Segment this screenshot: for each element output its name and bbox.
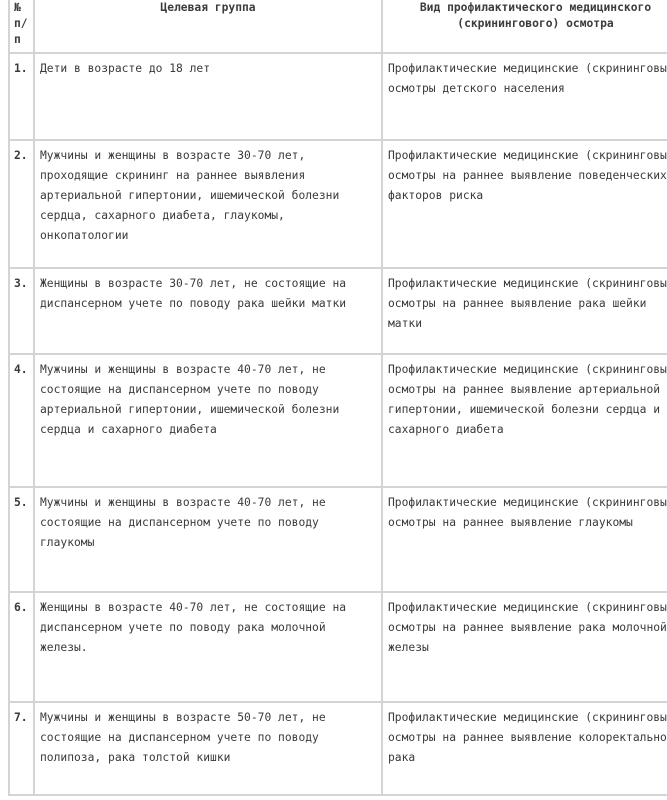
target-group-cell: Мужчины и женщины в возрасте 30-70 лет, … xyxy=(34,140,382,268)
header-target-group: Целевая группа xyxy=(34,0,382,53)
exam-type-cell: Профилактические медицинские (скринингов… xyxy=(382,53,667,140)
row-number: 4. xyxy=(9,354,34,487)
target-group-cell: Женщины в возрасте 40-70 лет, не состоящ… xyxy=(34,592,382,702)
header-exam-type: Вид профилактического медицинского (скри… xyxy=(382,0,667,53)
row-number: 5. xyxy=(9,487,34,592)
exam-type-cell: Профилактические медицинские (скринингов… xyxy=(382,487,667,592)
row-number: 7. xyxy=(9,702,34,795)
target-group-cell: Мужчины и женщины в возрасте 40-70 лет, … xyxy=(34,354,382,487)
table-row: 3. Женщины в возрасте 30-70 лет, не сост… xyxy=(9,268,667,354)
exam-type-cell: Профилактические медицинские (скринингов… xyxy=(382,702,667,795)
table-row: 2. Мужчины и женщины в возрасте 30-70 ле… xyxy=(9,140,667,268)
target-group-cell: Дети в возрасте до 18 лет xyxy=(34,53,382,140)
row-number: 6. xyxy=(9,592,34,702)
target-group-cell: Женщины в возрасте 30-70 лет, не состоящ… xyxy=(34,268,382,354)
table-header-row: № п/п Целевая группа Вид профилактическо… xyxy=(9,0,667,53)
exam-type-cell: Профилактические медицинские (скринингов… xyxy=(382,140,667,268)
exam-type-cell: Профилактические медицинские (скринингов… xyxy=(382,354,667,487)
row-number: 3. xyxy=(9,268,34,354)
table-row: 1. Дети в возрасте до 18 лет Профилактич… xyxy=(9,53,667,140)
table-row: 5. Мужчины и женщины в возрасте 40-70 ле… xyxy=(9,487,667,592)
row-number: 1. xyxy=(9,53,34,140)
table-row: 4. Мужчины и женщины в возрасте 40-70 ле… xyxy=(9,354,667,487)
table-row: 6. Женщины в возрасте 40-70 лет, не сост… xyxy=(9,592,667,702)
row-number: 2. xyxy=(9,140,34,268)
target-group-cell: Мужчины и женщины в возрасте 50-70 лет, … xyxy=(34,702,382,795)
exam-type-cell: Профилактические медицинские (скринингов… xyxy=(382,268,667,354)
screening-table-container: № п/п Целевая группа Вид профилактическо… xyxy=(8,0,667,796)
screening-table: № п/п Целевая группа Вид профилактическо… xyxy=(8,0,667,796)
exam-type-cell: Профилактические медицинские (скринингов… xyxy=(382,592,667,702)
header-number: № п/п xyxy=(9,0,34,53)
target-group-cell: Мужчины и женщины в возрасте 40-70 лет, … xyxy=(34,487,382,592)
table-row: 7. Мужчины и женщины в возрасте 50-70 ле… xyxy=(9,702,667,795)
